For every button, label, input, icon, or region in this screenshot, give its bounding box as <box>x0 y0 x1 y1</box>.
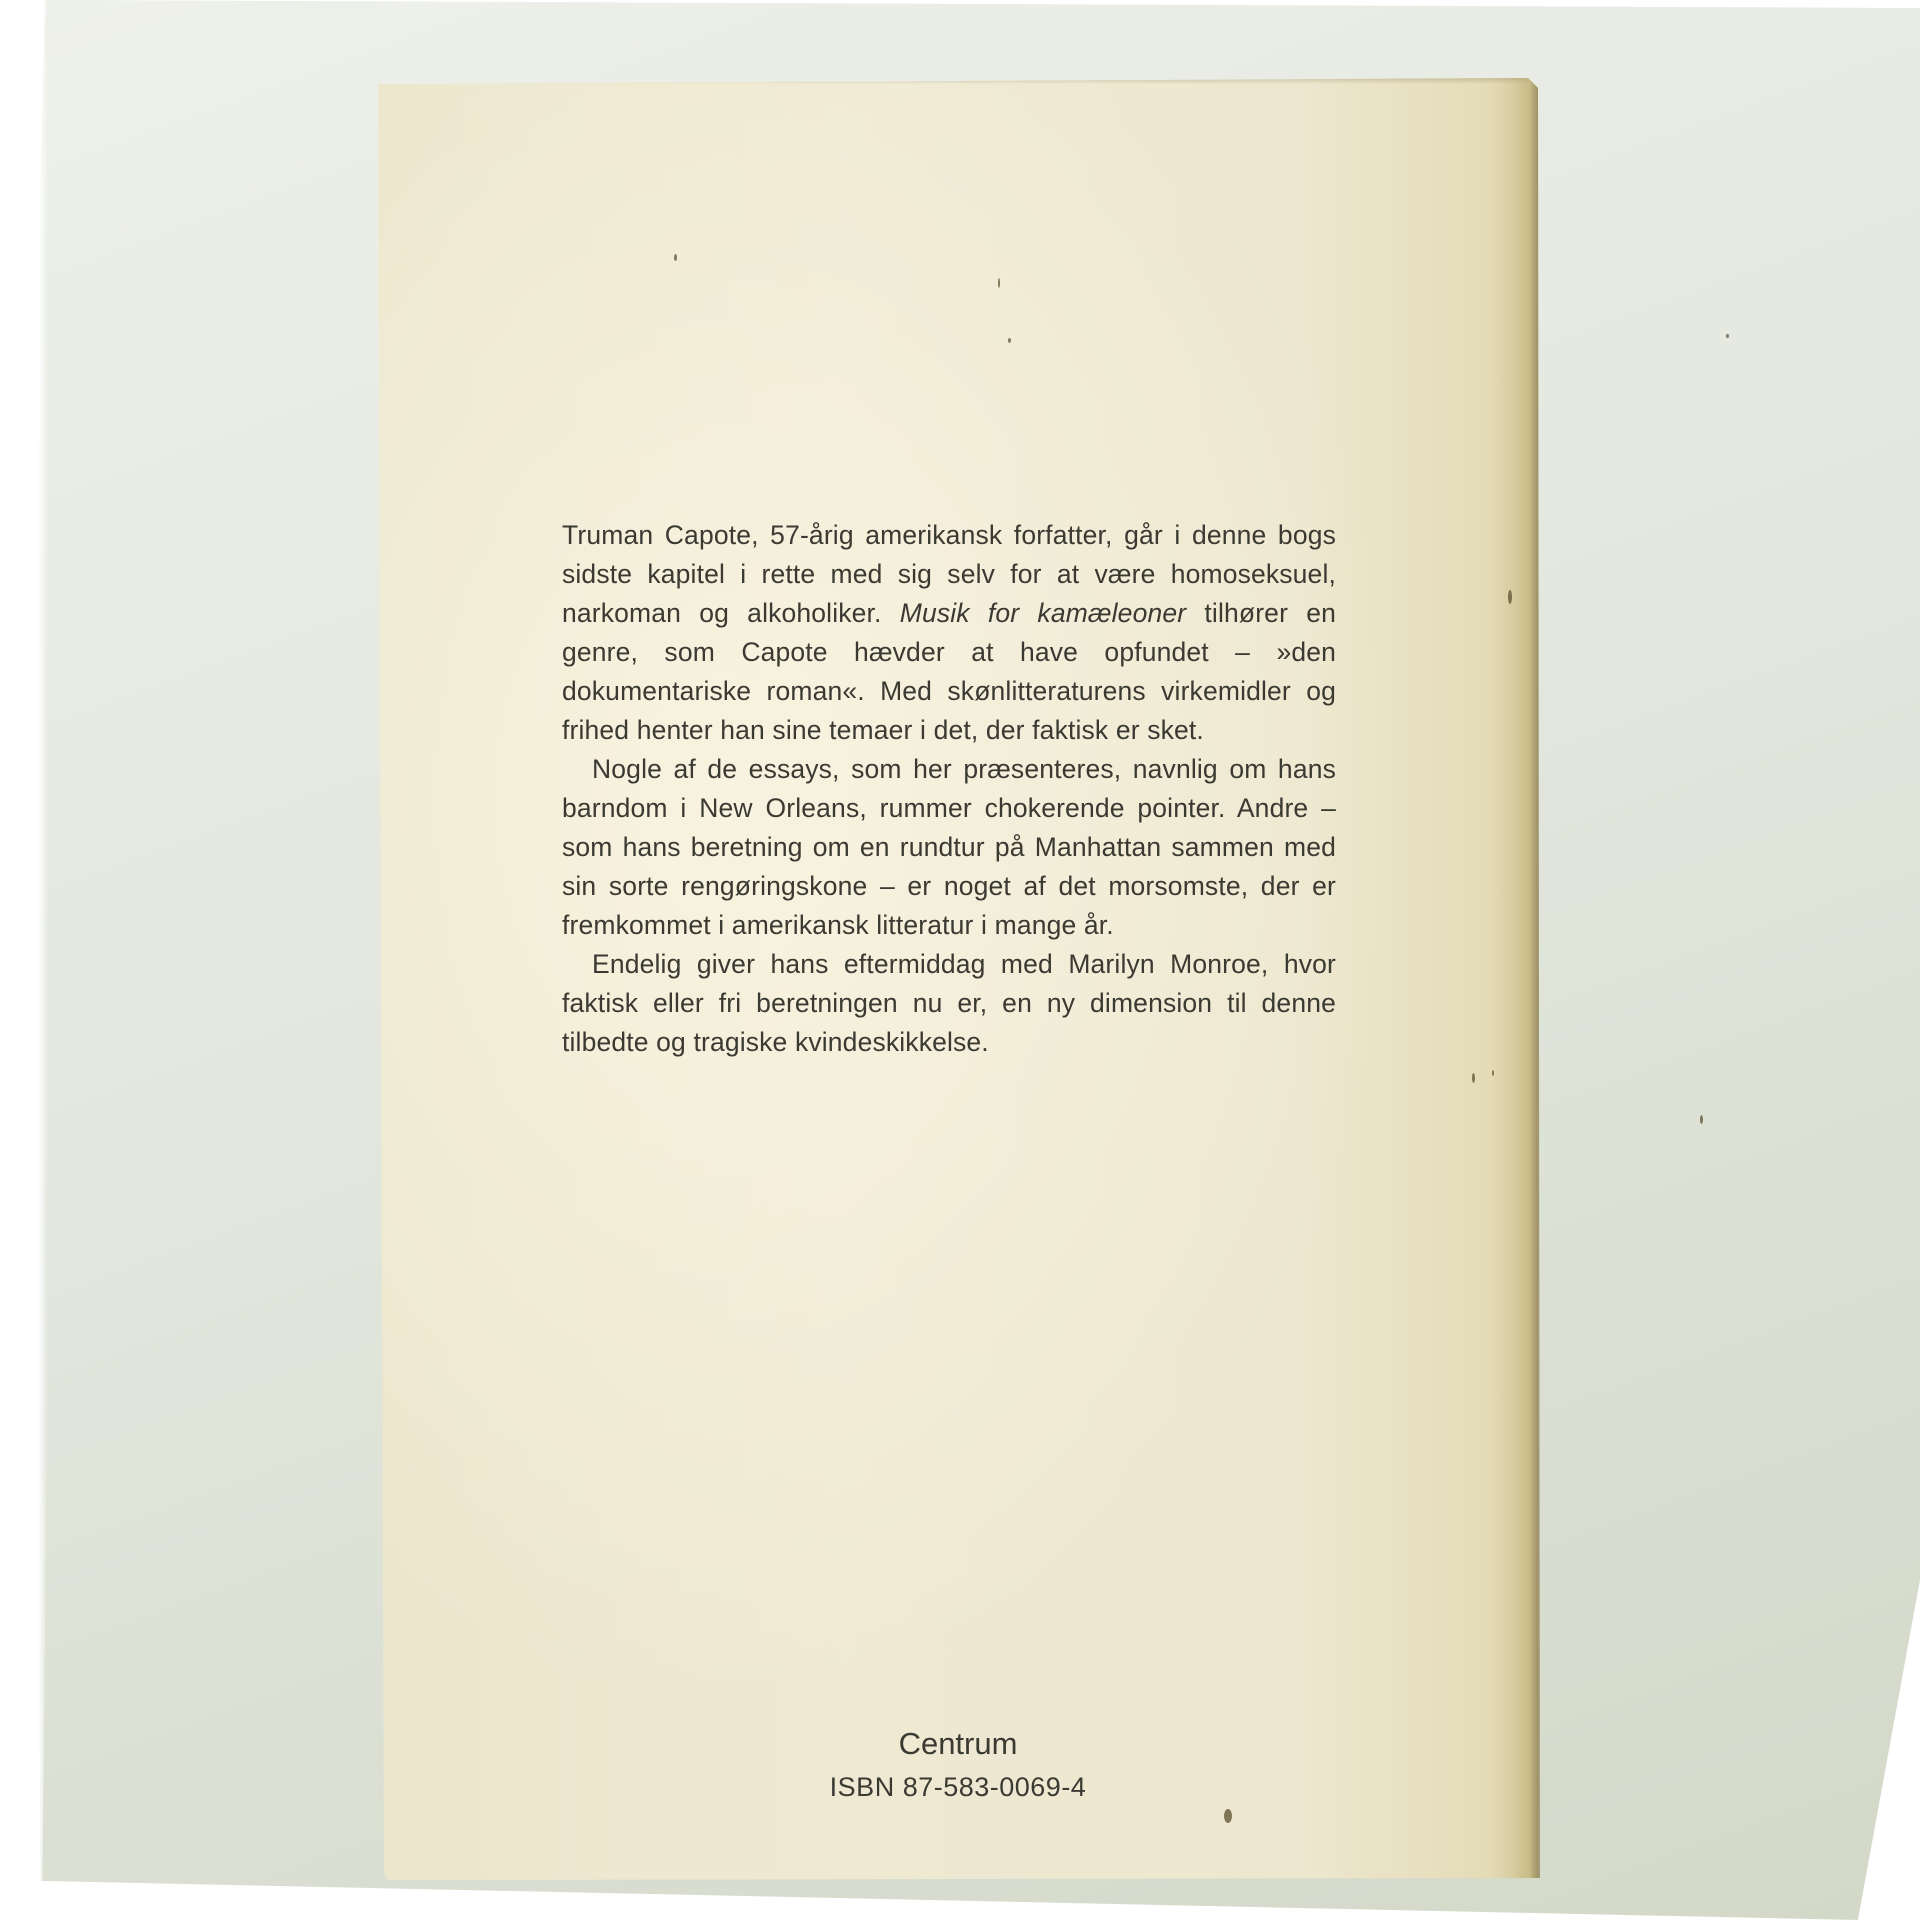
foxing-spot <box>1492 1070 1494 1076</box>
isbn-number: ISBN 87-583-0069-4 <box>378 1772 1538 1803</box>
board-left-margin <box>0 0 48 1920</box>
board-speck <box>1726 334 1729 338</box>
photo-scene: Truman Capote, 57-årig amerikansk forfat… <box>0 0 1920 1920</box>
blurb-paragraph-3: Endelig giver hans eftermiddag med Maril… <box>562 945 1336 1062</box>
blurb-paragraph-2: Nogle af de essays, som her præsenteres,… <box>562 750 1336 945</box>
foxing-spot <box>1224 1809 1232 1823</box>
blurb-text: Truman Capote, 57-årig amerikansk forfat… <box>562 516 1336 1062</box>
publisher-label: Centrum <box>378 1726 1538 1762</box>
foxing-spot <box>1508 590 1512 604</box>
blurb-paragraph-1: Truman Capote, 57-årig amerikansk forfat… <box>562 516 1336 750</box>
foxing-spot <box>998 278 1000 288</box>
publisher-name: Centrum <box>378 1726 1538 1762</box>
cover-right-edge <box>1514 78 1540 1880</box>
book-title-italic: Musik for kamæleoner <box>900 598 1186 628</box>
board-speck <box>1700 1115 1703 1124</box>
book-back-cover: Truman Capote, 57-årig amerikansk forfat… <box>378 78 1538 1880</box>
foxing-spot <box>674 254 677 261</box>
foxing-spot <box>1472 1073 1475 1083</box>
foxing-spot <box>1008 338 1011 343</box>
